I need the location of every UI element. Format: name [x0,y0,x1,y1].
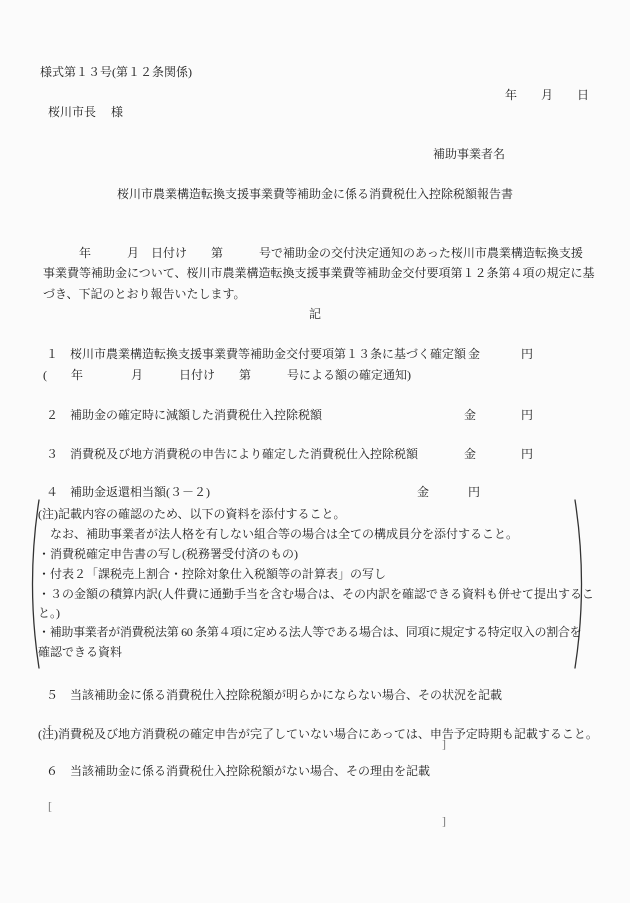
item-6-answer-area: [ ] [48,784,458,844]
record-heading: 記 [0,307,630,322]
attachment-note-line: ・付表２「課税売上割合・控除対象仕入税額等の計算表」の写し [38,567,386,582]
item-1-subline: ( 年 月 日付け 第 号による額の確定通知) [43,368,411,383]
attachment-note-line: 確認できる資料 [38,645,122,660]
item-3-unit-label: 円 [521,447,533,462]
item-5-label: ５ 当該補助金に係る消費税仕入控除税額が明らかにならない場合、その状況を記載 [46,688,502,703]
document-title: 桜川市農業構造転換支援事業費等補助金に係る消費税仕入控除税額報告書 [0,187,630,202]
item-6-label: ６ 当該補助金に係る消費税仕入控除税額がない場合、その理由を記載 [46,764,430,779]
item-3-label: ３ 消費税及び地方消費税の申告により確定した消費税仕入控除税額 [46,447,418,462]
date-line: 年 月 日 [505,88,589,103]
item-1-label: １ 桜川市農業構造転換支援事業費等補助金交付要項第１３条に基づく確定額 [46,347,466,362]
document-page: 様式第１３号(第１２条関係) 年 月 日 桜川市長 様 補助事業者名 桜川市農業… [0,0,630,903]
item-1-unit-label: 円 [521,347,533,362]
attachment-note-line: ・補助事業者が消費税法第 60 条第４項に定める法人等である場合は、同項に規定す… [38,625,581,640]
addressee: 桜川市長 様 [48,105,123,120]
item-3-currency-label: 金 [464,447,476,462]
attachment-note-line: ・３の金額の積算内訳(人件費に通勤手当を含む場合は、その内訳を確認できる資料も併… [38,587,594,602]
attachment-note-line: ・消費税確定申告書の写し(税務署受付済のもの) [38,547,298,562]
item-4-currency-label: 金 [417,485,429,500]
answer-bracket-close: ] [442,814,446,829]
attachment-note-line: なお、補助事業者が法人格を有しない組合等の場合は全ての構成員分を添付すること。 [38,527,518,542]
attachment-note-line: (注)記載内容の確認のため、以下の資料を添付すること。 [38,507,346,522]
intro-line: 事業費等補助金について、桜川市農業構造転換支援事業費等補助金交付要項第１２条第４… [43,266,595,281]
form-number: 様式第１３号(第１２条関係) [40,65,192,80]
item-4-unit-label: 円 [468,485,480,500]
right-parenthesis-icon [572,498,590,670]
item-2-currency-label: 金 [464,408,476,423]
applicant-name-label: 補助事業者名 [433,147,505,162]
answer-bracket-open: [ [48,799,52,814]
item-4-label: ４ 補助金返還相当額(３－２) [46,485,210,500]
item-1-currency-label: 金 [468,347,480,362]
attachment-note-line: と。) [38,606,60,621]
intro-line: づき、下記のとおり報告いたします。 [43,287,246,302]
item-5-note: (注)消費税及び地方消費税の確定申告が完了していない場合にあっては、申告予定時期… [38,727,598,742]
item-2-label: ２ 補助金の確定時に減額した消費税仕入控除税額 [46,408,322,423]
item-2-unit-label: 円 [521,408,533,423]
intro-line: 年 月 日付け 第 号で補助金の交付決定通知のあった桜川市農業構造転換支援 [43,246,583,261]
